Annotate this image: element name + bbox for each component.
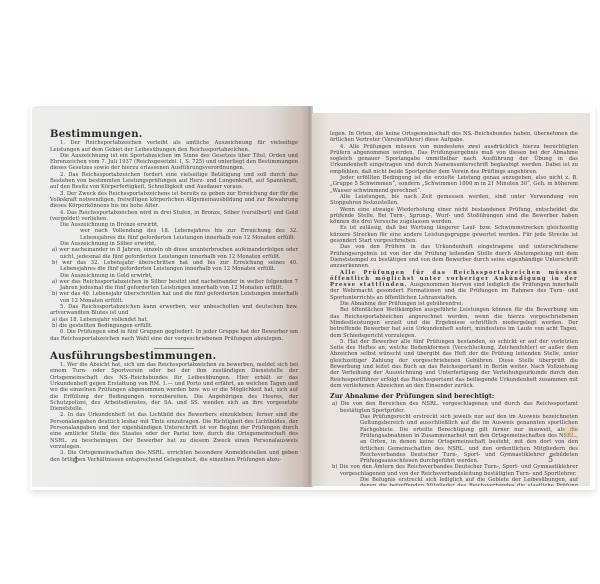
page-number-right: 5	[548, 455, 553, 464]
gold-item: b) wer das 40. Lebensjahr überschritten …	[50, 291, 298, 304]
paragraph: 5. Hat der Bewerber alle fünf Prüfungen …	[330, 339, 578, 389]
paragraph: legen. In Orten, die keine Ortsgemeinsch…	[330, 131, 578, 144]
list-item-detail: Das Prüfungsrecht erstreckt sich jeweils…	[330, 414, 578, 464]
silver-item: a) wer nacheinander in 8 Jahren, einzeln…	[50, 247, 298, 260]
section-divider	[154, 348, 194, 349]
subheading-authorized-examiners: Zur Abnahme der Prüfungen sind berechtig…	[330, 393, 578, 399]
paragraph: Jeder erfüllten Bedingung ist die erziel…	[330, 175, 578, 194]
list-item: b) Die von den Ämtern des Reichsverbande…	[330, 464, 578, 477]
paragraph: Alle Leistungen, bis nach Zeit gemessen …	[330, 194, 578, 207]
paragraph: 4. Das Reichssportabzeichen wird in drei…	[50, 210, 298, 223]
paragraph: 5. Das Reichssportabzeichen kann erwerbe…	[50, 304, 298, 317]
paragraph: Das von den Prüfern in das Urkundenheft …	[330, 244, 578, 269]
list-item-detail: Die Befugnis erstreckt sich lediglich au…	[330, 477, 578, 486]
paragraph: 3. Die Ortsgemeinschaften des NSRL. erri…	[50, 450, 298, 463]
paragraph: 2. Das Reichssportabzeichen fordert eine…	[50, 172, 298, 191]
right-page-text: legen. In Orten, die keine Ortsgemeinsch…	[330, 131, 578, 486]
gold-item: a) wer das Reichssportabzeichen in Silbe…	[50, 279, 298, 292]
paper-stain	[563, 424, 577, 440]
paragraph: Wenn eine etwaige Wiederholung einer nic…	[330, 207, 578, 226]
list-item: a) Die von den Bereichen des NSRL. vorge…	[330, 401, 578, 414]
bronze-item: wer nach Vollendung des 18. Lebensjahres…	[50, 228, 298, 241]
paragraph: Bei öffentlichen Wettkämpfen ausgeführte…	[330, 307, 578, 338]
heading-bestimmungen: Bestimmungen.	[50, 132, 298, 138]
left-page-text: Bestimmungen. 1. Der Reichsportabzeichen…	[50, 132, 298, 463]
paragraph: 6. Die Prüfungen sind in fünf Gruppen ge…	[50, 329, 298, 342]
heading-ausfuehrungsbestimmungen: Ausführungsbestimmungen.	[50, 354, 298, 360]
public-notice: Alle Prüfungen für das Reichssportabzeic…	[330, 270, 578, 301]
left-page: Bestimmungen. 1. Der Reichsportabzeichen…	[32, 106, 310, 487]
paragraph: 3. Der Zweck des Reichssportabzeichens i…	[50, 191, 298, 210]
paragraph: 1. Wer die Absicht hat, sich um das Reic…	[50, 362, 298, 412]
right-page: legen. In Orten, die keine Ortsgemeinsch…	[312, 113, 590, 486]
page-number-left: 4	[73, 456, 78, 465]
paragraph: 4. Alle Prüfungen müssen von mindestens …	[330, 144, 578, 175]
paragraph: Die Auszeichnung ist ein Sportabzeichen …	[50, 153, 298, 172]
paragraph: 1. Der Reichsportabzeichen verleiht als …	[50, 140, 298, 153]
paragraph: Es ist zulässig, daß bei Wertung längere…	[330, 225, 578, 244]
silver-item: b) wer das 32. Lebensjahr überschritten …	[50, 260, 298, 273]
paragraph: 2. In das Urkundenheft ist das Lichtbild…	[50, 412, 298, 450]
